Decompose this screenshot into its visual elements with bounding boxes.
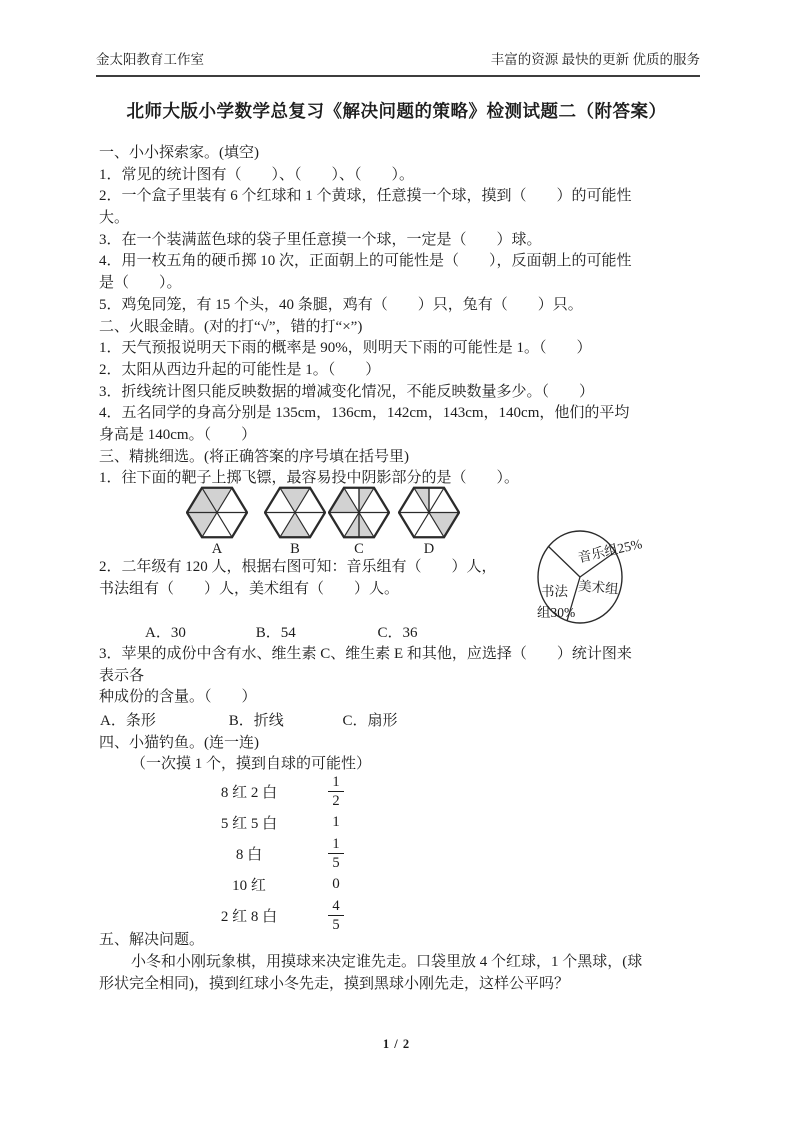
match-left-balls: 8 红 2 白 <box>190 781 308 802</box>
q-choice-3-line2: 表示各 <box>99 666 714 688</box>
pie-label-calligraphy-line2: 组30% <box>537 605 575 620</box>
pie-label-calligraphy-line1: 书法 <box>541 583 569 599</box>
q-fill-1: 1．常见的统计图有（ ）、（ ）、（ ）。 <box>99 165 714 187</box>
q-judge-1: 1．天气预报说明天下雨的概率是 90%，则明天下雨的可能性是 1。（ ） <box>99 338 714 360</box>
hexagon-target-d: D <box>398 486 460 556</box>
q-choice-3-line1: 3．苹果的成份中含有水、维生素 C、维生素 E 和其他，应选择（ ）统计图来 <box>99 644 714 666</box>
q-choice-3-block: 3．苹果的成份中含有水、维生素 C、维生素 E 和其他，应选择（ ）统计图来 表… <box>99 644 714 709</box>
page-title: 北师大版小学数学总复习《解决问题的策略》检测试题二（附答案） <box>0 98 793 123</box>
page-number: 1 / 2 <box>0 1037 793 1052</box>
q3-option-a: A．条形 <box>100 709 225 730</box>
match-row: 2 红 8 白 4 5 <box>190 897 450 933</box>
test-paper-page: 金太阳教育工作室 丰富的资源 最快的更新 优质的服务 北师大版小学数学总复习《解… <box>0 0 793 1122</box>
fraction-denominator: 2 <box>332 792 339 809</box>
page-header: 金太阳教育工作室 丰富的资源 最快的更新 优质的服务 <box>96 48 700 77</box>
match-right-probability: 1 2 <box>308 774 364 809</box>
match-row: 8 白 1 5 <box>190 835 450 871</box>
q-fill-5: 5．鸡兔同笼，有 15 个头，40 条腿，鸡有（ ）只，兔有（ ）只。 <box>99 295 714 317</box>
match-right-probability: 0 <box>308 876 364 893</box>
q-judge-2: 2．太阳从西边升起的可能性是 1。（ ） <box>99 360 714 382</box>
section5-problem-line2: 形状完全相同)，摸到红球小冬先走，摸到黑球小刚先走，这样公平吗？ <box>99 972 569 993</box>
q-choice-3-options: A．条形 B．折线 C．扇形 <box>100 709 398 730</box>
q-fill-3: 3．在一个装满蓝色球的袋子里任意摸一个球，一定是（ ）球。 <box>99 230 714 252</box>
section2-heading: 二、火眼金睛。(对的打“√”，错的打“×”) <box>99 317 714 339</box>
header-studio-name: 金太阳教育工作室 <box>96 48 204 68</box>
section4-heading: 四、小猫钓鱼。(连一连) <box>99 731 259 752</box>
match-left-balls: 10 红 <box>190 874 308 895</box>
section5-problem-line1: 小冬和小刚玩象棋，用摸球来决定谁先走。口袋里放 4 个红球，1 个黑球，(球 <box>131 950 642 971</box>
pie-chart: 音乐组25% 书法 组30% 美术组 <box>508 522 683 634</box>
section5-heading: 五、解决问题。 <box>99 928 204 949</box>
match-left-balls: 2 红 8 白 <box>190 905 308 926</box>
section4-subtitle: （一次摸 1 个，摸到自球的可能性） <box>131 752 371 773</box>
match-right-probability: 1 5 <box>308 836 364 871</box>
fraction: 1 5 <box>328 836 343 871</box>
q-fill-4: 4．用一枚五角的硬币掷 10 次，正面朝上的可能性是（ ），反面朝上的可能性 <box>99 251 714 273</box>
hexagon-target-c: C <box>328 486 390 556</box>
q-fill-4-cont: 是（ ）。 <box>99 273 714 295</box>
fraction-numerator: 1 <box>328 774 343 792</box>
hexagon-d-label: D <box>398 542 460 556</box>
match-left-balls: 8 白 <box>190 843 308 864</box>
fraction: 4 5 <box>328 898 343 933</box>
fraction-numerator: 1 <box>328 836 343 854</box>
match-right-probability: 4 5 <box>308 898 364 933</box>
q3-option-c: C．扇形 <box>343 713 398 729</box>
body-text-block: 一、小小探索家。(填空) 1．常见的统计图有（ ）、（ ）、（ ）。 2．一个盒… <box>99 143 714 490</box>
hexagon-b-label: B <box>264 542 326 556</box>
fraction-numerator: 4 <box>328 898 343 916</box>
fraction: 1 2 <box>328 774 343 809</box>
hexagon-target-a: A <box>186 486 248 556</box>
q-choice-3-line3: 种成份的含量。（ ） <box>99 687 714 709</box>
fraction-denominator: 5 <box>332 916 339 933</box>
hexagon-a-image <box>186 486 248 539</box>
fraction-denominator: 5 <box>332 854 339 871</box>
q-fill-2: 2．一个盒子里装有 6 个红球和 1 个黄球，任意摸一个球，摸到（ ）的可能性 <box>99 186 714 208</box>
hexagon-d-image <box>398 486 460 539</box>
q2-option-b: B．54 <box>256 621 374 642</box>
match-row: 8 红 2 白 1 2 <box>190 773 450 809</box>
match-row: 10 红 0 <box>190 871 450 897</box>
hexagon-c-label: C <box>328 542 390 556</box>
q3-option-b: B．折线 <box>229 709 339 730</box>
hexagon-a-label: A <box>186 542 248 556</box>
hexagon-c-image <box>328 486 390 539</box>
hexagon-target-b: B <box>264 486 326 556</box>
q-fill-2-cont: 大。 <box>99 208 714 230</box>
match-row: 5 红 5 白 1 <box>190 809 450 835</box>
q-judge-4-cont: 身高是 140cm。（ ） <box>99 425 714 447</box>
section3-heading: 三、精挑细选。(将正确答案的序号填在括号里) <box>99 447 714 469</box>
q-judge-4: 4．五名同学的身高分别是 135cm，136cm，142cm，143cm，140… <box>99 403 714 425</box>
q-judge-3: 3．折线统计图只能反映数据的增减变化情况，不能反映数量多少。（ ） <box>99 382 714 404</box>
q2-option-c: C．36 <box>378 621 418 642</box>
match-right-probability: 1 <box>308 814 364 831</box>
section1-heading: 一、小小探索家。(填空) <box>99 143 714 165</box>
q2-option-a: A．30 <box>145 621 252 642</box>
q-choice-2-options: A．30 B．54 C．36 <box>145 621 418 642</box>
match-left-balls: 5 红 5 白 <box>190 812 308 833</box>
hexagon-b-image <box>264 486 326 539</box>
matching-exercise: 8 红 2 白 1 2 5 红 5 白 1 8 白 1 5 10 红 0 <box>190 773 450 933</box>
header-slogan: 丰富的资源 最快的更新 优质的服务 <box>491 48 700 68</box>
